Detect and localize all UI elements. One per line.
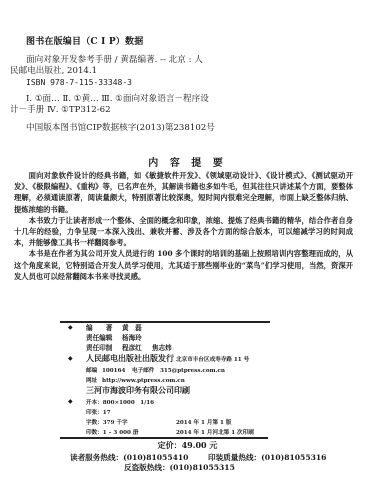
- author-label: 编 著: [86, 323, 112, 333]
- printed-sheets: 印张：17: [86, 408, 111, 418]
- diamond-bullet-icon: ◆: [68, 324, 73, 331]
- edition-date: 2014 年 1 月第 1 版: [176, 418, 231, 428]
- word-count: 字数：379 千字: [86, 418, 128, 428]
- price: 定价：49.00 元: [0, 440, 375, 451]
- cip-record-number: 中国版本图书馆CIP数据核字(2013)第238102号: [26, 123, 215, 134]
- postcode-label: 邮编: [86, 366, 97, 376]
- anti-piracy-hotline: 反盗版热线：(010)81055315: [124, 462, 235, 473]
- email-label: 电子邮件: [132, 366, 154, 376]
- print-supervisor-2: 焦志炜: [152, 343, 172, 353]
- book-format: 开本：800×1000 1/16: [86, 398, 154, 408]
- cip-title-line: 面向对象开发参考手册 / 黄磊编著. -- 北京 : 人: [26, 55, 203, 66]
- summary-paragraph: 面向对象软件设计的经典书籍，如《敏捷软件开发》、《领域驱动设计》、《设计模式》、…: [14, 170, 353, 215]
- summary-heading: 内 容 提 要: [0, 154, 375, 169]
- author-name: 黄 磊: [122, 323, 142, 333]
- postcode: 100164: [102, 366, 125, 376]
- email-address: 315@ptpress.com.cn: [160, 366, 225, 376]
- summary-paragraph: 本书致力于让读者形成一个整体、全面的概念和印象，浓缩、提炼了经典书籍的精华，结合…: [14, 215, 353, 249]
- summary-body: 面向对象软件设计的经典书籍，如《敏捷软件开发》、《领域驱动设计》、《设计模式》、…: [14, 170, 353, 282]
- cip-isbn: ISBN 978-7-115-33348-3: [26, 77, 132, 88]
- print-supervisor-1: 程彦红: [122, 343, 142, 353]
- cip-publisher-line: 民邮电出版社, 2014.1: [10, 66, 97, 77]
- cip-heading: 图书在版编目（C I P）数据: [26, 34, 143, 47]
- editor-name: 杨海玲: [122, 333, 142, 343]
- publisher-address: 北京市丰台区成寿寺路 11 号: [176, 355, 249, 365]
- diamond-bullet-icon: ◆: [68, 355, 73, 362]
- cip-classification-line-1: Ⅰ. ①面… Ⅱ. ①黄… Ⅲ. ①面向对象语言－程序设: [26, 94, 209, 105]
- cip-classification-line-2: 计－手册 Ⅳ. ①TP312-62: [10, 105, 111, 116]
- summary-paragraph: 本书是在作者为其公司开发人员进行的 100 多个课时的培训的基础上按照培训内容整…: [14, 248, 353, 282]
- colophon-bottom-rule: [60, 437, 268, 439]
- editor-label: 责任编辑: [86, 333, 112, 343]
- print-supervisor-label: 责任印制: [86, 343, 112, 353]
- publisher-name: 人民邮电出版社出版发行: [86, 353, 174, 363]
- diamond-bullet-icon: ◆: [68, 398, 73, 405]
- printer-name: 三河市海波印务有限公司印刷: [86, 385, 190, 395]
